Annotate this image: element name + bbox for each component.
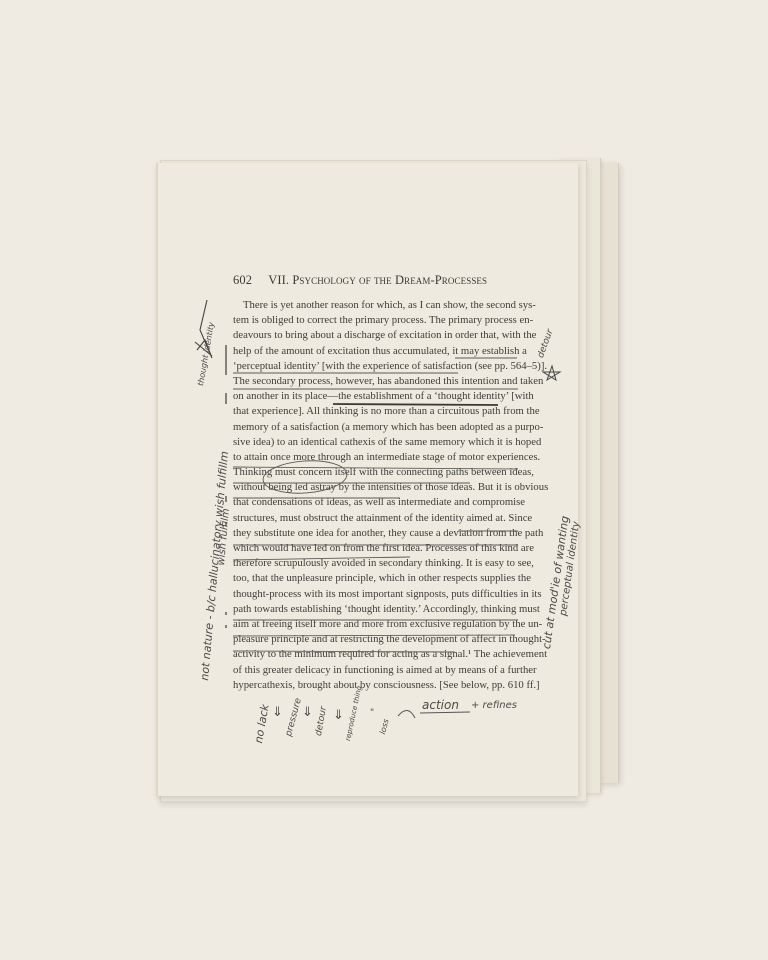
annotation-arrow-3: ⇓ bbox=[333, 708, 344, 723]
annotation-ditto: " bbox=[370, 708, 374, 718]
annotation-arrow-2: ⇓ bbox=[302, 705, 313, 720]
annotation-arrow-1: ⇓ bbox=[272, 705, 283, 720]
annotation-refines: + refines bbox=[471, 700, 517, 711]
pencil-underlines bbox=[0, 0, 768, 960]
annotation-action: action bbox=[422, 698, 459, 712]
